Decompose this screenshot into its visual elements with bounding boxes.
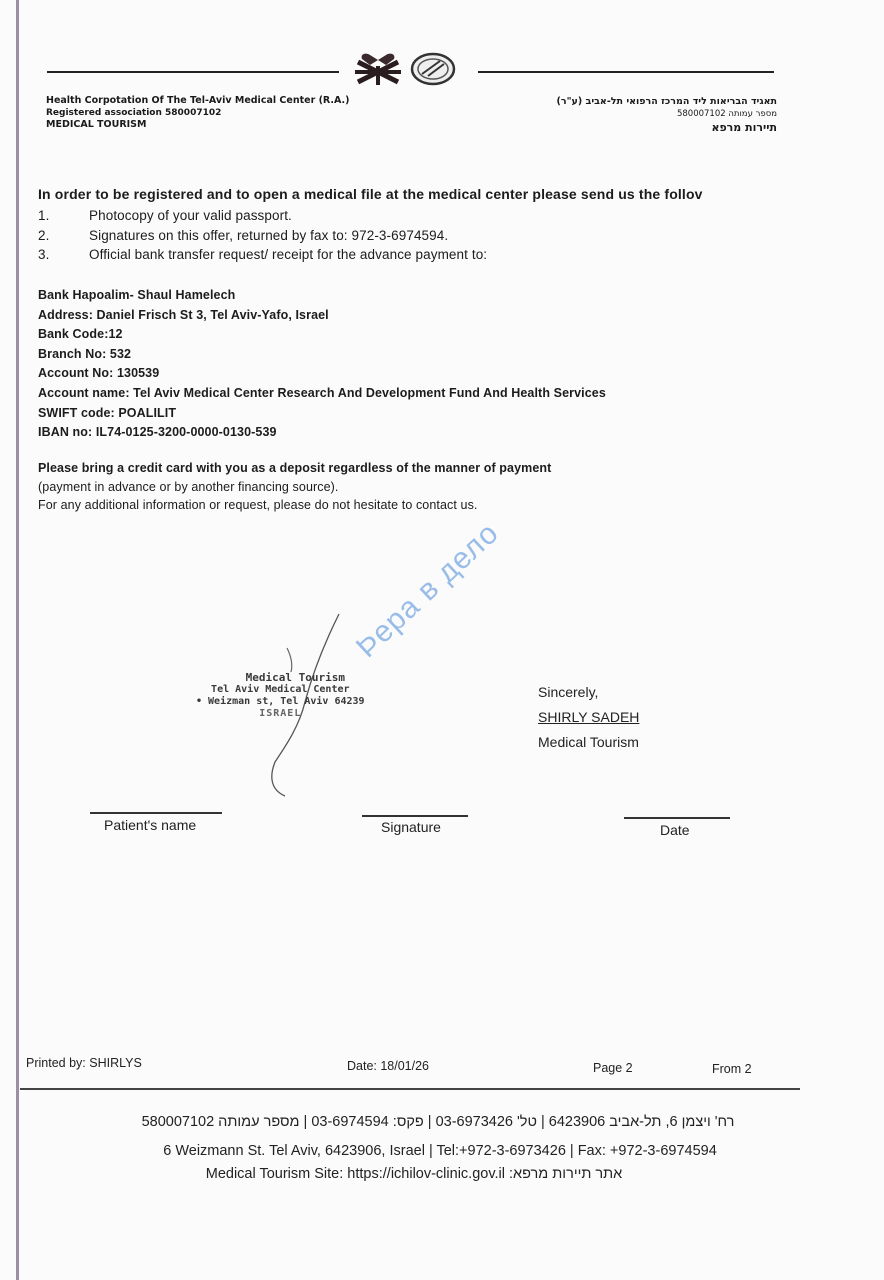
date-line xyxy=(624,817,730,819)
account-name: Account name: Tel Aviv Medical Center Re… xyxy=(38,384,606,404)
header-rule-left xyxy=(47,71,339,73)
bank-details: Bank Hapoalim- Shaul Hamelech Address: D… xyxy=(38,286,606,443)
org-name-he: תאגיד הבריאות ליד המרכז הרפואי תל-אביב (… xyxy=(557,95,777,108)
iban-number: IBAN no: IL74-0125-3200-0000-0130-539 xyxy=(38,423,606,443)
patient-name-line xyxy=(90,812,222,814)
website-line: Medical Tourism Site: https://ichilov-cl… xyxy=(0,1166,856,1182)
list-item: 2. Signatures on this offer, returned by… xyxy=(38,226,487,246)
signer-department: Medical Tourism xyxy=(538,730,639,755)
registered-association-he: מספר עמותה 580007102 xyxy=(557,108,777,121)
department-he: תיירות מרפא xyxy=(557,121,777,134)
signer-name: SHIRLY SADEH xyxy=(538,705,639,730)
bank-address: Address: Daniel Frisch St 3, Tel Aviv-Ya… xyxy=(38,306,606,326)
registered-association-en: Registered association 580007102 xyxy=(46,107,350,119)
signoff: Sincerely, SHIRLY SADEH Medical Tourism xyxy=(538,680,639,755)
account-number: Account No: 130539 xyxy=(38,364,606,384)
contact-note: For any additional information or reques… xyxy=(38,496,551,515)
print-date: Date: 18/01/26 xyxy=(347,1059,429,1073)
header-english: Health Corpotation Of The Tel-Aviv Medic… xyxy=(46,95,350,131)
list-item: 3. Official bank transfer request/ recei… xyxy=(38,245,487,265)
printed-by: Printed by: SHIRLYS xyxy=(26,1056,142,1070)
payment-notes: Please bring a credit card with you as a… xyxy=(38,459,551,515)
department-en: MEDICAL TOURISM xyxy=(46,119,350,131)
list-text: Signatures on this offer, returned by fa… xyxy=(89,228,448,243)
deposit-note: Please bring a credit card with you as a… xyxy=(38,459,551,478)
list-number: 3. xyxy=(38,247,89,262)
intro-paragraph: In order to be registered and to open a … xyxy=(38,186,703,202)
bank-name: Bank Hapoalim- Shaul Hamelech xyxy=(38,286,606,306)
address-english: 6 Weizmann St. Tel Aviv, 6423906, Israel… xyxy=(0,1143,882,1159)
list-item: 1. Photocopy of your valid passport. xyxy=(38,206,487,226)
list-number: 2. xyxy=(38,228,89,243)
date-label: Date xyxy=(660,822,690,838)
stamp-line-3: • Weizman st, Tel Aviv 64239 xyxy=(196,696,365,708)
financing-note: (payment in advance or by another financ… xyxy=(38,478,551,497)
header-hebrew: תאגיד הבריאות ליד המרכז הרפואי תל-אביב (… xyxy=(557,95,777,134)
org-name-en: Health Corpotation Of The Tel-Aviv Medic… xyxy=(46,95,350,107)
header-rule-right xyxy=(478,71,774,73)
swift-code: SWIFT code: POALILIT xyxy=(38,404,606,424)
list-text: Photocopy of your valid passport. xyxy=(89,208,292,223)
list-number: 1. xyxy=(38,208,89,223)
footer-rule xyxy=(20,1088,800,1090)
stamp-line-4: ISRAEL xyxy=(196,708,365,720)
patient-name-label: Patient's name xyxy=(104,817,196,833)
page-number: Page 2 xyxy=(593,1061,633,1075)
bank-code: Bank Code:12 xyxy=(38,325,606,345)
signature-line xyxy=(362,815,468,817)
page-edge xyxy=(16,0,19,1280)
signature-label: Signature xyxy=(381,819,441,835)
organization-emblem-icon xyxy=(352,52,404,91)
page-total: From 2 xyxy=(712,1062,752,1076)
stamp-line-1: Medical Tourism xyxy=(226,672,365,684)
requirements-list: 1. Photocopy of your valid passport. 2. … xyxy=(38,206,487,265)
list-text: Official bank transfer request/ receipt … xyxy=(89,247,487,262)
branch-number: Branch No: 532 xyxy=(38,345,606,365)
closing: Sincerely, xyxy=(538,680,639,705)
watermark: Ϸера в дело xyxy=(350,516,506,665)
seal-icon xyxy=(410,52,456,91)
address-hebrew: רח' ויצמן 6, תל-אביב 6423906 | טל' 03-69… xyxy=(0,1114,880,1130)
institution-stamp: Medical Tourism Tel Aviv Medical Center … xyxy=(196,672,365,720)
stamp-line-2: Tel Aviv Medical Center xyxy=(196,684,365,696)
header-logos xyxy=(352,52,470,90)
